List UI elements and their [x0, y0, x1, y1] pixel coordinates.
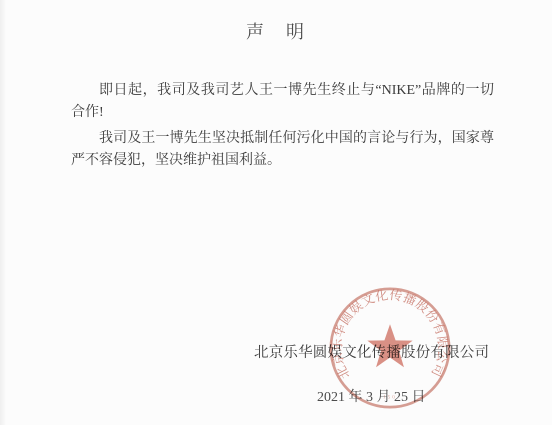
seal-bottom-code-wrap: 150 [383, 394, 397, 400]
document-title: 声 明 [0, 18, 552, 44]
statement-document: 声 明 即日起，我司及我司艺人王一博先生终止与“NIKE”品牌的一切合作! 我司… [0, 0, 552, 425]
paragraph-position: 我司及王一博先生坚决抵制任何污化中国的言论与行为，国家尊严不容侵犯，坚决维护祖国… [71, 128, 494, 171]
document-body: 即日起，我司及我司艺人王一博先生终止与“NIKE”品牌的一切合作! 我司及王一博… [71, 80, 494, 171]
paragraph-termination: 即日起，我司及我司艺人王一博先生终止与“NIKE”品牌的一切合作! [71, 80, 494, 123]
scan-edge-artifact [0, 0, 6, 425]
seal-star-icon [367, 324, 412, 367]
company-seal-stamp: 北京乐华圆娱文化传播股份有限公司 150 [328, 286, 452, 410]
seal-bottom-code: 150 [383, 394, 397, 400]
